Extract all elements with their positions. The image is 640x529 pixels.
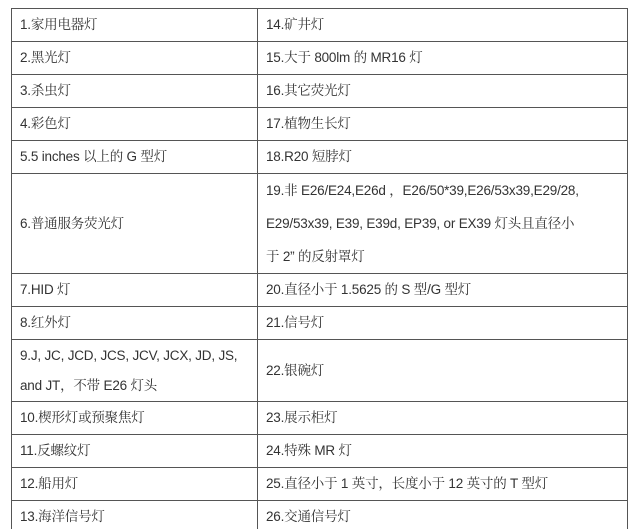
table-cell-left: 9.J, JC, JCD, JCS, JCV, JCX, JD, JS, and… (12, 340, 258, 402)
table-cell-right: 20.直径小于 1.5625 的 S 型/G 型灯 (258, 274, 628, 307)
table-cell-right: 25.直径小于 1 英寸，长度小于 12 英寸的 T 型灯 (258, 468, 628, 501)
table-cell-right: 26.交通信号灯 (258, 501, 628, 529)
table-cell-left: 8.红外灯 (12, 307, 258, 340)
table-cell-right: 16.其它荧光灯 (258, 75, 628, 108)
table-cell-left: 6.普通服务荧光灯 (12, 174, 258, 274)
table-row: 10.楔形灯或预聚焦灯 23.展示柜灯 (12, 402, 628, 435)
table-cell-right: 22.银碗灯 (258, 340, 628, 402)
table-row: 5.5 inches 以上的 G 型灯 18.R20 短脖灯 (12, 141, 628, 174)
table-cell-right: 17.植物生长灯 (258, 108, 628, 141)
cell-line: 于 2” 的反射罩灯 (266, 240, 619, 273)
table-cell-left: 4.彩色灯 (12, 108, 258, 141)
table-cell-right: 23.展示柜灯 (258, 402, 628, 435)
table-cell-right: 21.信号灯 (258, 307, 628, 340)
table-row: 13.海洋信号灯 26.交通信号灯 (12, 501, 628, 529)
table-row: 7.HID 灯 20.直径小于 1.5625 的 S 型/G 型灯 (12, 274, 628, 307)
table-row: 2.黑光灯 15.大于 800lm 的 MR16 灯 (12, 42, 628, 75)
table-cell-left: 5.5 inches 以上的 G 型灯 (12, 141, 258, 174)
lamp-types-table: 1.家用电器灯 14.矿井灯 2.黑光灯 15.大于 800lm 的 MR16 … (11, 8, 628, 529)
table-cell-left: 11.反螺纹灯 (12, 435, 258, 468)
table-row: 4.彩色灯 17.植物生长灯 (12, 108, 628, 141)
table-row: 1.家用电器灯 14.矿井灯 (12, 9, 628, 42)
table-row: 11.反螺纹灯 24.特殊 MR 灯 (12, 435, 628, 468)
table-cell-left: 7.HID 灯 (12, 274, 258, 307)
table-cell-right: 15.大于 800lm 的 MR16 灯 (258, 42, 628, 75)
table-row: 3.杀虫灯 16.其它荧光灯 (12, 75, 628, 108)
table-cell-left: 10.楔形灯或预聚焦灯 (12, 402, 258, 435)
table-cell-left: 2.黑光灯 (12, 42, 258, 75)
cell-line: E29/53x39, E39, E39d, EP39, or EX39 灯头且直… (266, 207, 619, 240)
table-row: 6.普通服务荧光灯 19.非 E26/E24,E26d ，E26/50*39,E… (12, 174, 628, 274)
table-cell-left: 12.船用灯 (12, 468, 258, 501)
table-cell-left: 1.家用电器灯 (12, 9, 258, 42)
table-cell-left: 3.杀虫灯 (12, 75, 258, 108)
table-cell-left: 13.海洋信号灯 (12, 501, 258, 529)
table-cell-right: 18.R20 短脖灯 (258, 141, 628, 174)
lamp-types-table-container: 1.家用电器灯 14.矿井灯 2.黑光灯 15.大于 800lm 的 MR16 … (11, 8, 627, 529)
cell-line: and JT，不带 E26 灯头 (20, 371, 249, 401)
table-row: 12.船用灯 25.直径小于 1 英寸，长度小于 12 英寸的 T 型灯 (12, 468, 628, 501)
cell-line: 9.J, JC, JCD, JCS, JCV, JCX, JD, JS, (20, 341, 249, 371)
table-cell-right: 19.非 E26/E24,E26d ，E26/50*39,E26/53x39,E… (258, 174, 628, 274)
table-cell-right: 14.矿井灯 (258, 9, 628, 42)
cell-line: 19.非 E26/E24,E26d ，E26/50*39,E26/53x39,E… (266, 174, 619, 207)
table-row: 8.红外灯 21.信号灯 (12, 307, 628, 340)
table-cell-right: 24.特殊 MR 灯 (258, 435, 628, 468)
table-row: 9.J, JC, JCD, JCS, JCV, JCX, JD, JS, and… (12, 340, 628, 402)
